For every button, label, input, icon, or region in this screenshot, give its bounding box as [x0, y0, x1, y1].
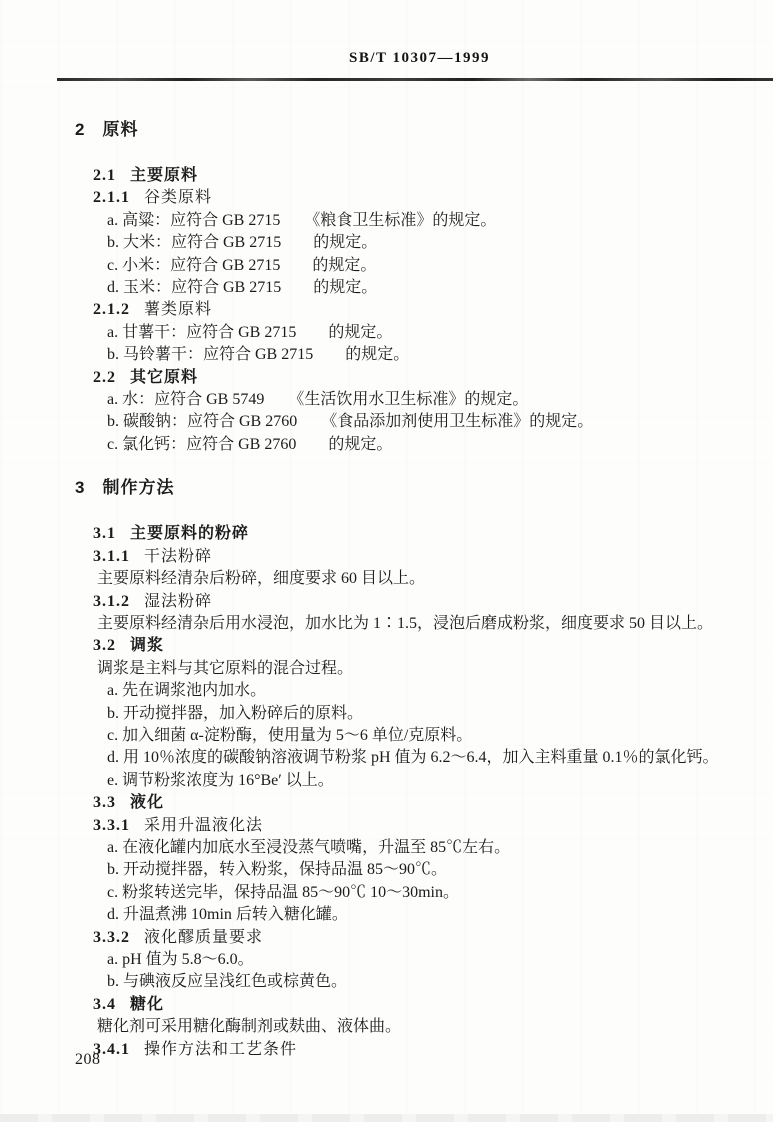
subclause-heading: 2.1.1谷类原料	[93, 187, 773, 209]
list-item: b. 开动搅拌器，转入粉浆，保持品温 85～90℃。	[107, 859, 773, 881]
clause-title: 薯类原料	[144, 301, 212, 318]
clause-number: 3	[75, 478, 84, 497]
clause-number: 2.1.2	[93, 301, 130, 318]
document-body: 2原料2.1主要原料2.1.1谷类原料a. 高粱：应符合 GB 2715 《粮食…	[0, 98, 773, 1061]
list-item: c. 粉浆转送完毕，保持品温 85～90℃ 10～30min。	[107, 882, 773, 904]
list-item: e. 调节粉浆浓度为 16°Be′ 以上。	[107, 770, 773, 792]
list-item: d. 用 10％浓度的碳酸钠溶液调节粉浆 pH 值为 6.2～6.4，加入主料重…	[107, 747, 773, 769]
clause-number: 3.1.2	[93, 593, 130, 610]
clause-title: 液化醪质量要求	[144, 929, 263, 946]
section-heading: 3制作方法	[75, 478, 773, 498]
clause-number: 3.2	[93, 637, 116, 654]
clause-title: 液化	[130, 794, 164, 811]
clause-title: 主要原料的粉碎	[130, 525, 249, 542]
list-item: d. 玉米：应符合 GB 2715 的规定。	[107, 277, 773, 299]
clause-title: 湿法粉碎	[144, 593, 212, 610]
list-item: a. 水：应符合 GB 5749 《生活饮用水卫生标准》的规定。	[107, 389, 773, 411]
paragraph: 糖化剂可采用糖化酶制剂或麸曲、液体曲。	[97, 1016, 773, 1038]
header-divider-rule	[57, 78, 773, 81]
clause-heading: 3.2调浆	[93, 635, 773, 657]
clause-number: 2.2	[93, 369, 116, 386]
clause-number: 2.1	[93, 167, 116, 184]
paragraph: 主要原料经清杂后粉碎，细度要求 60 目以上。	[97, 568, 773, 590]
list-item: a. 在液化罐内加底水至浸没蒸气喷嘴，升温至 85℃左右。	[107, 837, 773, 859]
list-item: b. 马铃薯干：应符合 GB 2715 的规定。	[107, 344, 773, 366]
clause-heading: 3.3液化	[93, 792, 773, 814]
list-item: a. 高粱：应符合 GB 2715 《粮食卫生标准》的规定。	[107, 210, 773, 232]
list-item: b. 碳酸钠：应符合 GB 2760 《食品添加剂使用卫生标准》的规定。	[107, 411, 773, 433]
subclause-heading: 3.4.1操作方法和工艺条件	[93, 1039, 773, 1061]
list-item: c. 氯化钙：应符合 GB 2760 的规定。	[107, 434, 773, 456]
clause-title: 其它原料	[130, 369, 198, 386]
clause-title: 谷类原料	[144, 189, 212, 206]
clause-title: 糖化	[130, 996, 164, 1013]
list-item: c. 加入细菌 α-淀粉酶，使用量为 5～6 单位/克原料。	[107, 725, 773, 747]
clause-heading: 2.2其它原料	[93, 367, 773, 389]
clause-number: 3.3.1	[93, 817, 130, 834]
clause-heading: 3.1主要原料的粉碎	[93, 523, 773, 545]
clause-title: 采用升温液化法	[144, 817, 263, 834]
clause-number: 3.3	[93, 794, 116, 811]
clause-title: 干法粉碎	[144, 548, 212, 565]
page-number: 208	[75, 1051, 101, 1069]
list-item: d. 升温煮沸 10min 后转入糖化罐。	[107, 904, 773, 926]
subclause-heading: 3.1.1干法粉碎	[93, 546, 773, 568]
clause-title: 主要原料	[130, 167, 198, 184]
subclause-heading: 2.1.2薯类原料	[93, 299, 773, 321]
scan-bottom-edge	[0, 1114, 773, 1122]
section-heading: 2原料	[75, 120, 773, 140]
list-item: b. 与碘液反应呈浅红色或棕黄色。	[107, 971, 773, 993]
list-item: b. 大米：应符合 GB 2715 的规定。	[107, 232, 773, 254]
clause-title: 操作方法和工艺条件	[144, 1041, 297, 1058]
clause-number: 3.1	[93, 525, 116, 542]
list-item: b. 开动搅拌器，加入粉碎后的原料。	[107, 703, 773, 725]
clause-number: 2	[75, 120, 84, 139]
clause-title: 原料	[102, 120, 138, 139]
clause-heading: 2.1主要原料	[93, 165, 773, 187]
paragraph: 主要原料经清杂后用水浸泡，加水比为 1∶1.5，浸泡后磨成粉浆，细度要求 50 …	[97, 613, 773, 635]
list-item: a. pH 值为 5.8～6.0。	[107, 949, 773, 971]
clause-number: 2.1.1	[93, 189, 130, 206]
standard-number-header: SB/T 10307—1999	[0, 50, 773, 67]
subclause-heading: 3.3.1采用升温液化法	[93, 815, 773, 837]
list-item: c. 小米：应符合 GB 2715 的规定。	[107, 255, 773, 277]
clause-heading: 3.4糖化	[93, 994, 773, 1016]
subclause-heading: 3.1.2湿法粉碎	[93, 591, 773, 613]
paragraph: 调浆是主料与其它原料的混合过程。	[97, 658, 773, 680]
list-item: a. 甘薯干：应符合 GB 2715 的规定。	[107, 322, 773, 344]
clause-title: 制作方法	[102, 478, 174, 497]
clause-number: 3.1.1	[93, 548, 130, 565]
scanned-document-page: SB/T 10307—1999 2原料2.1主要原料2.1.1谷类原料a. 高粱…	[0, 0, 773, 1122]
list-item: a. 先在调浆池内加水。	[107, 680, 773, 702]
clause-number: 3.3.2	[93, 929, 130, 946]
subclause-heading: 3.3.2液化醪质量要求	[93, 927, 773, 949]
clause-number: 3.4	[93, 996, 116, 1013]
clause-title: 调浆	[130, 637, 164, 654]
